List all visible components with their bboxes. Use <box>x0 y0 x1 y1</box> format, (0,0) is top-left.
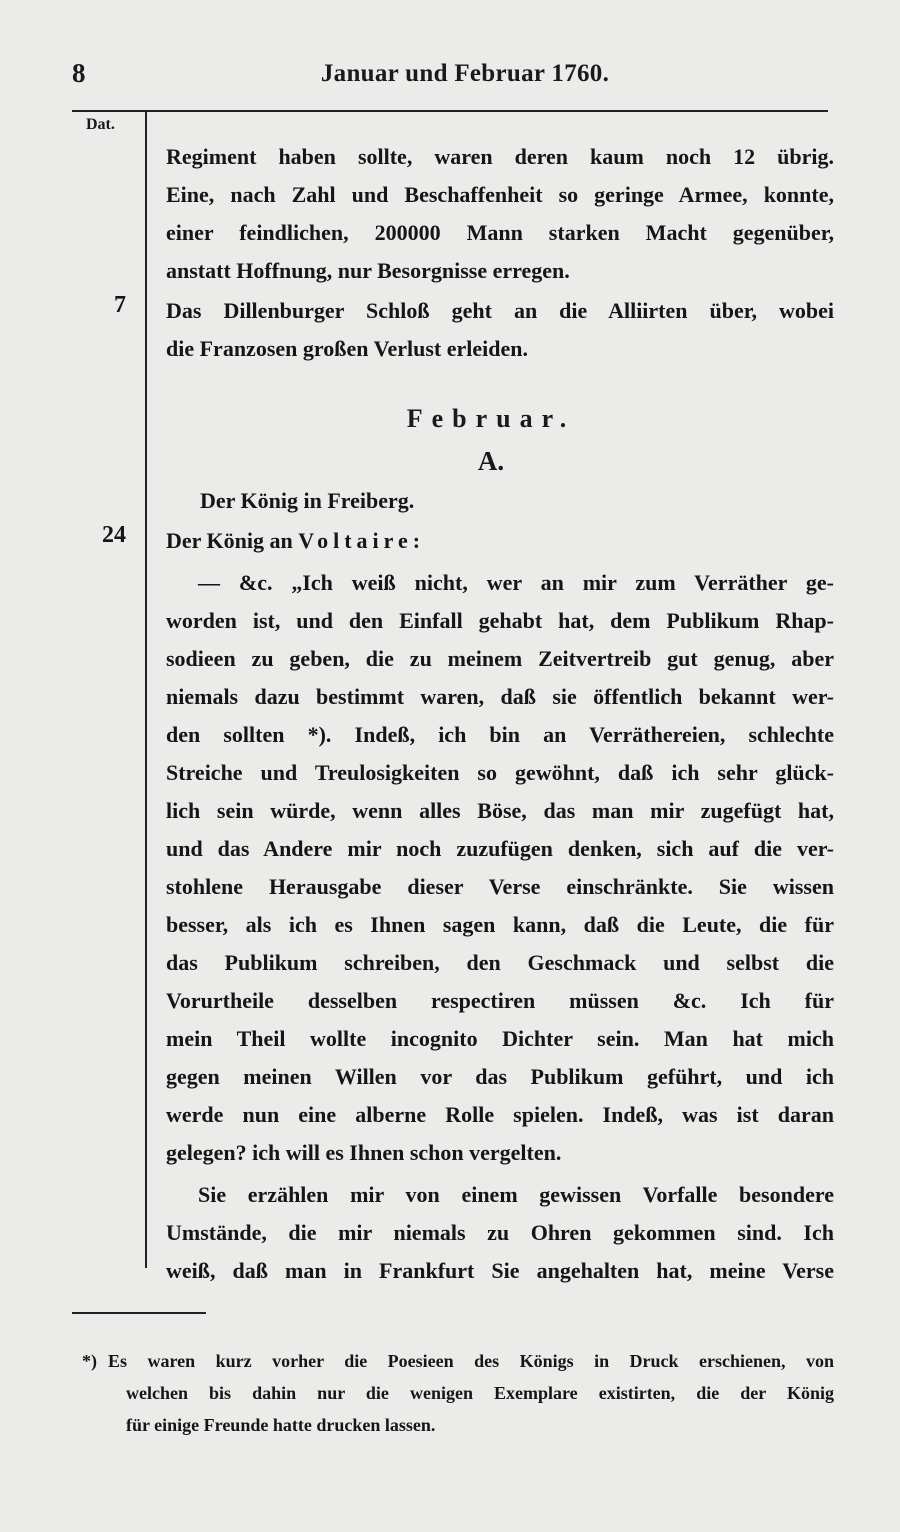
date-column-label: Dat. <box>86 116 115 134</box>
month-heading: Februar. <box>146 404 836 434</box>
text-line: weiß, daß man in Frankfurt Sie angehalte… <box>166 1254 834 1288</box>
footnote-rule <box>72 1312 206 1314</box>
running-title: Januar und Februar 1760. <box>70 60 830 88</box>
text-line: Regiment haben sollte, waren deren kaum … <box>166 140 834 174</box>
text-line: einer feindlichen, 200000 Mann starken M… <box>166 216 834 250</box>
footnote-line: für einige Freunde hatte drucken lassen. <box>126 1410 834 1440</box>
text-line: gegen meinen Willen vor das Publikum gef… <box>166 1060 834 1094</box>
letter-heading-prefix: Der König an <box>166 528 298 553</box>
text-line: niemals dazu bestimmt waren, daß sie öff… <box>166 680 834 714</box>
text-line: und das Andere mir noch zuzufügen denken… <box>166 832 834 866</box>
entry-date: 24 <box>66 522 126 549</box>
text-line: werde nun eine alberne Rolle spielen. In… <box>166 1098 834 1132</box>
text-line: Umstände, die mir niemals zu Ohren gekom… <box>166 1216 834 1250</box>
book-page: 8 Januar und Februar 1760. Dat. Regiment… <box>0 0 900 1532</box>
letter-heading-line: Der König an Voltaire: <box>166 524 834 558</box>
text-line: lich sein würde, wenn alles Böse, das ma… <box>166 794 834 828</box>
footnote-marker: *) <box>82 1346 102 1376</box>
text-line: sodieen zu geben, die zu meinem Zeitvert… <box>166 642 834 676</box>
text-line: Eine, nach Zahl und Beschaffenheit so ge… <box>166 178 834 212</box>
section-title: Der König in Freiberg. <box>200 484 600 518</box>
section-letter: A. <box>146 446 836 477</box>
text-line: die Franzosen großen Verlust erleiden. <box>166 332 834 366</box>
text-line: mein Theil wollte incognito Dichter sein… <box>166 1022 834 1056</box>
running-head: 8 Januar und Februar 1760. <box>70 58 830 98</box>
text-line: anstatt Hoffnung, nur Besorgnisse errege… <box>166 254 834 288</box>
entry-date: 7 <box>66 292 126 319</box>
footnote-line: Es waren kurz vorher die Poesieen des Kö… <box>108 1346 834 1376</box>
footnote-line: welchen bis dahin nur die wenigen Exempl… <box>126 1378 834 1408</box>
text-line: gelegen? ich will es Ihnen schon vergelt… <box>166 1136 834 1170</box>
text-line: stohlene Herausgabe dieser Verse einschr… <box>166 870 834 904</box>
text-line: das Publikum schreiben, den Geschmack un… <box>166 946 834 980</box>
text-line: worden ist, und den Einfall gehabt hat, … <box>166 604 834 638</box>
text-line: Streiche und Treulosigkeiten so gewöhnt,… <box>166 756 834 790</box>
text-line: den sollten *). Indeß, ich bin an Verrät… <box>166 718 834 752</box>
date-column-divider <box>145 110 147 1268</box>
header-rule <box>72 110 828 112</box>
letter-addressee: Voltaire: <box>298 528 425 553</box>
text-line: — &c. „Ich weiß nicht, wer an mir zum Ve… <box>198 566 834 600</box>
text-line: Vorurtheile desselben respectiren müssen… <box>166 984 834 1018</box>
text-line: Das Dillenburger Schloß geht an die Alli… <box>166 294 834 328</box>
text-line: besser, als ich es Ihnen sagen kann, daß… <box>166 908 834 942</box>
text-line: Sie erzählen mir von einem gewissen Vorf… <box>198 1178 834 1212</box>
